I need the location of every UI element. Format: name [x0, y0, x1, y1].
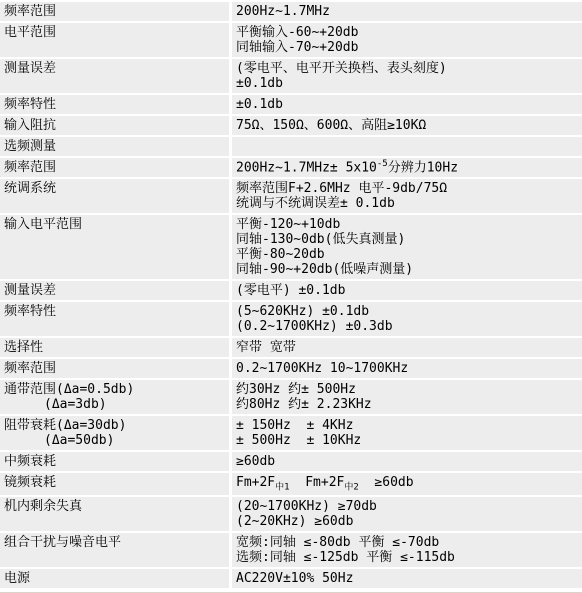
spec-value-line: (5~620KHz) ±0.1db	[236, 304, 580, 319]
spec-label-text: 统调系统	[4, 181, 227, 196]
spec-value-line: 200Hz~1.7MHz± 5x10-5分辨力10Hz	[236, 160, 580, 175]
spec-value-line: ± 500Hz ± 10KHz	[236, 433, 580, 448]
spec-row: 电平范围 平衡输入-60~+20db 同轴输入-70~+20db	[0, 23, 582, 57]
spec-label-text: 选择性	[4, 340, 227, 355]
spec-label-cell: 通带范围(Δa=0.5db) (Δa=3db)	[0, 380, 232, 414]
spec-row: 电源 AC220V±10% 50Hz	[0, 569, 582, 588]
spec-row: 选择性 窄带 宽带	[0, 338, 582, 357]
value-run: Fm+2F	[236, 475, 275, 490]
spec-value-line: (2~20KHz) ≥60db	[236, 514, 580, 529]
spec-row: 选频测量	[0, 137, 582, 156]
spec-label-text: 电源	[4, 571, 227, 586]
spec-value-line: 约80Hz 约± 2.23KHz	[236, 397, 580, 412]
spec-row: 频率范围 0.2~1700KHz 10~1700KHz	[0, 359, 582, 378]
spec-label-text: 频率范围	[4, 160, 227, 175]
spec-value-cell: 200Hz~1.7MHz	[232, 2, 582, 21]
spec-value-line: 频率范围F+2.6MHz 电平-9db/75Ω	[236, 181, 580, 196]
spec-value-cell: 宽频:同轴 ≤-80db 平衡 ≤-70db 选频:同轴 ≤-125db 平衡 …	[232, 533, 582, 567]
spec-label-cell: 输入电平范围	[0, 215, 232, 279]
spec-label-text: 频率特性	[4, 304, 227, 319]
spec-row: 阻带衰耗(Δa=30db) (Δa=50db) ± 150Hz ± 4KHz ±…	[0, 416, 582, 450]
spec-label-cell: 统调系统	[0, 179, 232, 213]
spec-value-cell: (20~1700KHz) ≥70db (2~20KHz) ≥60db	[232, 497, 582, 531]
spec-value-cell: 约30Hz 约± 500Hz 约80Hz 约± 2.23KHz	[232, 380, 582, 414]
spec-label-text: 频率范围	[4, 4, 227, 19]
value-run: 分辨力10Hz	[388, 160, 458, 175]
spec-value-line: 平衡输入-60~+20db	[236, 25, 580, 40]
spec-value-line: 窄带 宽带	[236, 340, 580, 355]
spec-row: 组合干扰与噪音电平 宽频:同轴 ≤-80db 平衡 ≤-70db 选频:同轴 ≤…	[0, 533, 582, 567]
spec-value-line: (零电平、电平开关换档、表头刻度)	[236, 61, 580, 76]
spec-value-line: 平衡-80~20db	[236, 247, 580, 262]
spec-row: 频率特性 (5~620KHz) ±0.1db (0.2~1700KHz) ±0.…	[0, 302, 582, 336]
spec-value-line: ±0.1db	[236, 97, 580, 112]
spec-value-cell: ±0.1db	[232, 95, 582, 114]
spec-label-cell: 阻带衰耗(Δa=30db) (Δa=50db)	[0, 416, 232, 450]
spec-value-cell: 平衡-120~+10db 同轴-130~0db(低失真测量) 平衡-80~20d…	[232, 215, 582, 279]
spec-value-cell: (零电平、电平开关换档、表头刻度) ±0.1db	[232, 59, 582, 93]
spec-label-cell: 组合干扰与噪音电平	[0, 533, 232, 567]
spec-value-line: 200Hz~1.7MHz	[236, 4, 580, 19]
spec-value-cell: (零电平) ±0.1db	[232, 281, 582, 300]
spec-label-cell: 选择性	[0, 338, 232, 357]
spec-value-line: 同轴输入-70~+20db	[236, 40, 580, 55]
value-run: Fm+2F	[290, 475, 345, 490]
spec-row: 机内剩余失真 (20~1700KHz) ≥70db (2~20KHz) ≥60d…	[0, 497, 582, 531]
spec-label-text: 频率特性	[4, 97, 227, 112]
spec-label-cell: 频率范围	[0, 2, 232, 21]
spec-row: 测量误差 (零电平) ±0.1db	[0, 281, 582, 300]
spec-table: 频率范围 200Hz~1.7MHz 电平范围 平衡输入-60~+20db 同轴输…	[0, 0, 582, 590]
spec-label-text: (Δa=50db)	[4, 433, 227, 448]
spec-label-cell: 电平范围	[0, 23, 232, 57]
spec-row: 输入阻抗 75Ω、150Ω、600Ω、高阻≥10KΩ	[0, 116, 582, 135]
spec-label-cell: 频率特性	[0, 302, 232, 336]
spec-label-cell: 电源	[0, 569, 232, 588]
spec-value-line: Fm+2F中1 Fm+2F中2 ≥60db	[236, 475, 580, 493]
spec-row: 输入电平范围 平衡-120~+10db 同轴-130~0db(低失真测量) 平衡…	[0, 215, 582, 279]
spec-value-cell: 75Ω、150Ω、600Ω、高阻≥10KΩ	[232, 116, 582, 135]
spec-label-cell: 频率范围	[0, 158, 232, 177]
spec-row: 频率范围 200Hz~1.7MHz	[0, 2, 582, 21]
spec-value-cell: 平衡输入-60~+20db 同轴输入-70~+20db	[232, 23, 582, 57]
spec-row: 频率特性 ±0.1db	[0, 95, 582, 114]
spec-value-line: 约30Hz 约± 500Hz	[236, 382, 580, 397]
spec-label-text: 电平范围	[4, 25, 227, 40]
spec-value-cell: (5~620KHz) ±0.1db (0.2~1700KHz) ±0.3db	[232, 302, 582, 336]
spec-value-cell	[232, 137, 582, 156]
spec-value-cell: 0.2~1700KHz 10~1700KHz	[232, 359, 582, 378]
spec-label-text: 阻带衰耗(Δa=30db)	[4, 418, 227, 433]
spec-row: 镜频衰耗 Fm+2F中1 Fm+2F中2 ≥60db	[0, 473, 582, 495]
spec-value-line: 75Ω、150Ω、600Ω、高阻≥10KΩ	[236, 118, 580, 133]
spec-label-text: 测量误差	[4, 61, 227, 76]
spec-row: 中频衰耗 ≥60db	[0, 452, 582, 471]
spec-value-cell: ± 150Hz ± 4KHz ± 500Hz ± 10KHz	[232, 416, 582, 450]
spec-row: 统调系统 频率范围F+2.6MHz 电平-9db/75Ω 统调与不统调误差± 0…	[0, 179, 582, 213]
spec-label-text: 组合干扰与噪音电平	[4, 535, 227, 550]
spec-value-line: ± 150Hz ± 4KHz	[236, 418, 580, 433]
spec-value-line: (0.2~1700KHz) ±0.3db	[236, 319, 580, 334]
spec-value-line: 同轴-90~+20db(低噪声测量)	[236, 262, 580, 277]
spec-value-line: AC220V±10% 50Hz	[236, 571, 580, 586]
spec-row: 通带范围(Δa=0.5db) (Δa=3db) 约30Hz 约± 500Hz 约…	[0, 380, 582, 414]
spec-value-line: ≥60db	[236, 454, 580, 469]
spec-label-cell: 输入阻抗	[0, 116, 232, 135]
spec-label-cell: 镜频衰耗	[0, 473, 232, 495]
spec-label-text: (Δa=3db)	[4, 397, 227, 412]
spec-label-cell: 中频衰耗	[0, 452, 232, 471]
spec-value-line: 平衡-120~+10db	[236, 217, 580, 232]
value-run: ≥60db	[359, 475, 414, 490]
spec-value-line: 同轴-130~0db(低失真测量)	[236, 232, 580, 247]
spec-value-cell: ≥60db	[232, 452, 582, 471]
spec-label-text: 镜频衰耗	[4, 475, 227, 490]
spec-label-text: 通带范围(Δa=0.5db)	[4, 382, 227, 397]
spec-value-line: 统调与不统调误差± 0.1db	[236, 196, 580, 211]
spec-value-cell: AC220V±10% 50Hz	[232, 569, 582, 588]
value-run-subscript: 中1	[275, 483, 289, 493]
spec-label-cell: 选频测量	[0, 137, 232, 156]
value-run-subscript: 中2	[344, 483, 358, 493]
spec-row: 测量误差 (零电平、电平开关换档、表头刻度) ±0.1db	[0, 59, 582, 93]
spec-value-cell: 窄带 宽带	[232, 338, 582, 357]
value-run: 200Hz~1.7MHz± 5x10	[236, 160, 377, 175]
spec-value-cell: Fm+2F中1 Fm+2F中2 ≥60db	[232, 473, 582, 495]
spec-label-text: 中频衰耗	[4, 454, 227, 469]
spec-value-line: 0.2~1700KHz 10~1700KHz	[236, 361, 580, 376]
value-run-superscript: -5	[377, 159, 388, 169]
spec-value-line: (零电平) ±0.1db	[236, 283, 580, 298]
spec-value-line: 宽频:同轴 ≤-80db 平衡 ≤-70db	[236, 535, 580, 550]
spec-value-line: 选频:同轴 ≤-125db 平衡 ≤-115db	[236, 550, 580, 565]
spec-label-text: 频率范围	[4, 361, 227, 376]
spec-label-cell: 频率范围	[0, 359, 232, 378]
spec-label-cell: 测量误差	[0, 59, 232, 93]
spec-label-text: 输入电平范围	[4, 217, 227, 232]
spec-label-text: 选频测量	[4, 139, 227, 154]
spec-label-cell: 测量误差	[0, 281, 232, 300]
spec-label-text: 测量误差	[4, 283, 227, 298]
spec-row: 频率范围 200Hz~1.7MHz± 5x10-5分辨力10Hz	[0, 158, 582, 177]
spec-value-cell: 200Hz~1.7MHz± 5x10-5分辨力10Hz	[232, 158, 582, 177]
spec-value-line: (20~1700KHz) ≥70db	[236, 499, 580, 514]
spec-label-text: 机内剩余失真	[4, 499, 227, 514]
spec-label-cell: 机内剩余失真	[0, 497, 232, 531]
spec-value-cell: 频率范围F+2.6MHz 电平-9db/75Ω 统调与不统调误差± 0.1db	[232, 179, 582, 213]
spec-label-cell: 频率特性	[0, 95, 232, 114]
spec-label-text: 输入阻抗	[4, 118, 227, 133]
spec-value-line: ±0.1db	[236, 76, 580, 91]
